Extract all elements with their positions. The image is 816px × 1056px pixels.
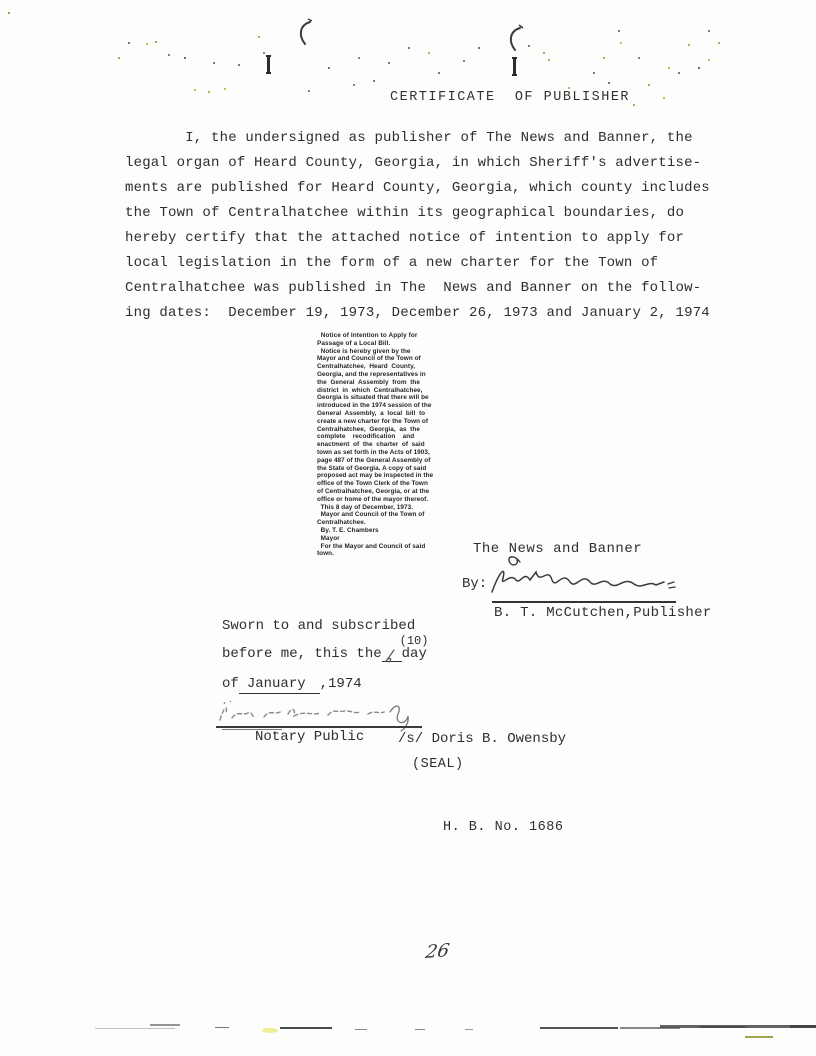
seal-label: (SEAL): [412, 757, 464, 772]
sworn-line2-text: before me, this the: [222, 646, 382, 662]
handwritten-page-number: 26: [424, 940, 451, 963]
sworn-statement-line1: Sworn to and subscribed: [222, 618, 415, 634]
staple-mark-icon: [296, 18, 316, 48]
newspaper-clipping: Notice of Intention to Apply forPassage …: [317, 332, 447, 558]
publisher-signature: [490, 552, 676, 607]
scan-noise-olive: [8, 12, 10, 14]
month-blank-field: January: [239, 676, 320, 694]
notary-printed-name: /s/ Doris B. Owensby: [398, 731, 566, 747]
notary-signature-line: [216, 726, 422, 728]
sworn-statement-line3: ofJanuary,1974: [222, 676, 362, 694]
margin-tick-mark: [267, 55, 270, 74]
publisher-printed-name: B. T. McCutchen,Publisher: [494, 605, 712, 621]
by-label: By:: [462, 576, 487, 592]
document-title: CERTIFICATE OF PUBLISHER: [390, 90, 630, 105]
publisher-signature-line: [492, 601, 676, 603]
margin-tick-mark: [513, 57, 516, 76]
bill-number: H. B. No. 1686: [443, 820, 563, 835]
notary-public-label: Notary Public: [255, 729, 364, 745]
staple-mark-icon: [506, 24, 526, 54]
document-page: CERTIFICATE OF PUBLISHER I, the undersig…: [0, 0, 816, 1056]
month-value: January: [247, 676, 306, 692]
day-blank-field: [382, 647, 402, 662]
year-value: ,1974: [320, 676, 362, 692]
certificate-body-text: I, the undersigned as publisher of The N…: [125, 126, 725, 326]
sworn-statement-line2: before me, this the(10)day: [222, 646, 427, 662]
clipping-body: Notice is hereby given by theMayor and C…: [317, 348, 447, 559]
day-word: (10)day: [402, 646, 427, 662]
clipping-title: Notice of Intention to Apply forPassage …: [317, 332, 447, 348]
inserted-day-number: (10): [400, 634, 429, 648]
of-label: of: [222, 676, 239, 692]
